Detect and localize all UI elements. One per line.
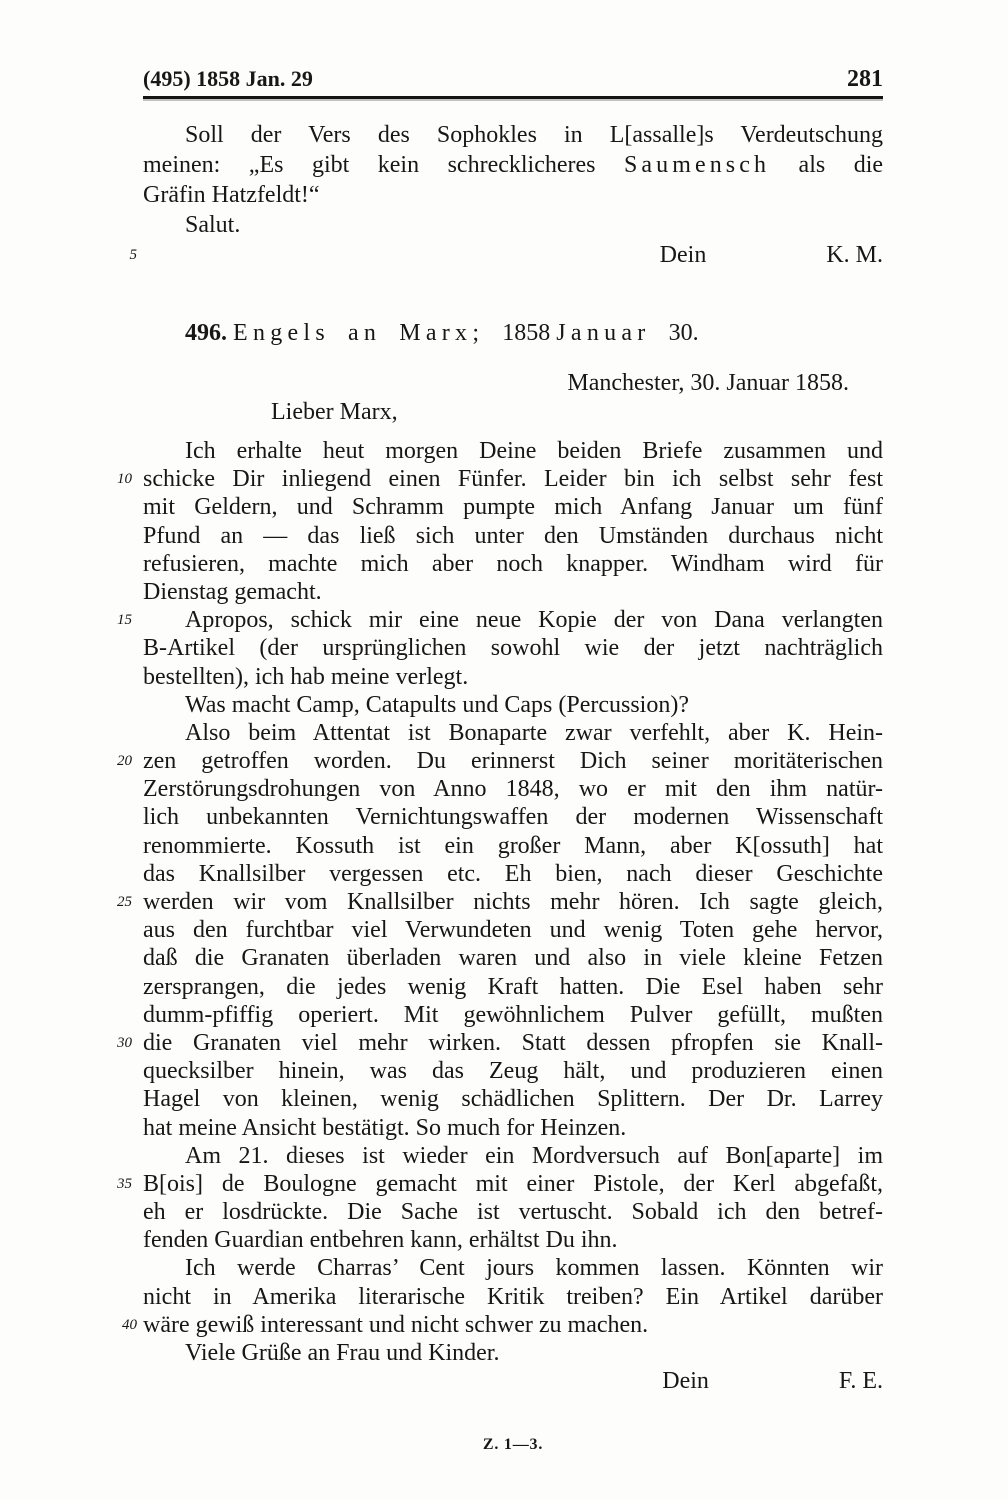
text-segment: 496. bbox=[185, 320, 233, 346]
text-line: daß die Granaten überladen waren und als… bbox=[143, 944, 883, 972]
text-line: zersprangen, die jedes wenig Kraft hatte… bbox=[143, 973, 883, 1001]
signature-line: DeinF. E. bbox=[143, 1367, 883, 1395]
text-line: hat meine Ansicht bestätigt. So much for… bbox=[143, 1114, 883, 1142]
margin-line-number: 30 bbox=[117, 1029, 137, 1057]
text-segment: schicke Dir inliegend einen Fünfer. Leid… bbox=[143, 466, 883, 492]
text-segment: Am 21. dieses ist wieder ein Mordversuch… bbox=[185, 1143, 883, 1169]
text-segment: Dienstag gemacht. bbox=[143, 579, 322, 605]
text-line: fenden Guardian entbehren kann, erhältst… bbox=[143, 1226, 883, 1254]
text-segment: als die bbox=[770, 152, 883, 178]
text-segment: hat meine Ansicht bestätigt. So much for… bbox=[143, 1115, 626, 1141]
text-segment: Lieber Marx, bbox=[271, 399, 398, 425]
footnote-reference: Z. 1—3. bbox=[143, 1436, 883, 1454]
text-line: nicht in Amerika literarische Kritik tre… bbox=[143, 1283, 883, 1311]
text-line: aus den furchtbar viel Verwundeten und w… bbox=[143, 916, 883, 944]
text-line: eh er losdrückte. Die Sache ist vertusch… bbox=[143, 1198, 883, 1226]
text-segment: quecksilber hinein, was das Zeug hält, u… bbox=[143, 1058, 883, 1084]
text-segment: bestellten), ich hab meine verlegt. bbox=[143, 664, 468, 690]
text-segment: B-Artikel (der ursprünglichen sowohl wie… bbox=[143, 635, 883, 661]
text-line: 40wäre gewiß interessant und nicht schwe… bbox=[143, 1311, 883, 1339]
text-column: (495) 1858 Jan. 29 281 Soll der Vers des… bbox=[143, 66, 883, 1454]
text-segment: das Knallsilber vergessen etc. Eh bien, … bbox=[143, 861, 883, 887]
text-segment: Soll der Vers des Sophokles in L[assalle… bbox=[185, 122, 883, 148]
text-line: Ich werde Charras’ Cent jours kommen las… bbox=[143, 1254, 883, 1282]
text-line: das Knallsilber vergessen etc. Eh bien, … bbox=[143, 860, 883, 888]
text-segment: aus den furchtbar viel Verwundeten und w… bbox=[143, 917, 883, 943]
header-rule bbox=[143, 96, 883, 99]
dateline: Manchester, 30. Januar 1858. bbox=[143, 369, 883, 398]
page-header: (495) 1858 Jan. 29 281 bbox=[143, 66, 883, 92]
text-segment: zen getroffen worden. Du erinnerst Dich … bbox=[143, 748, 883, 774]
text-segment: mit Geldern, und Schramm pumpte mich Anf… bbox=[143, 494, 883, 520]
text-line: Also beim Attentat ist Bonaparte zwar ve… bbox=[143, 719, 883, 747]
book-page: (495) 1858 Jan. 29 281 Soll der Vers des… bbox=[0, 0, 1008, 1500]
page-number: 281 bbox=[847, 66, 883, 92]
text-segment: meinen: „Es gibt kein schrecklicheres bbox=[143, 152, 624, 178]
margin-line-number: 25 bbox=[117, 888, 137, 916]
text-line: Zerstörungsdrohungen von Anno 1848, wo e… bbox=[143, 775, 883, 803]
text-line: Salut. bbox=[143, 210, 883, 240]
text-line: dumm-pfiffig operiert. Mit gewöhnlichem … bbox=[143, 1001, 883, 1029]
text-segment: werden wir vom Knallsilber nichts mehr h… bbox=[143, 889, 883, 915]
text-segment: fenden Guardian entbehren kann, erhältst… bbox=[143, 1227, 618, 1253]
section-heading: 496. Engels an Marx; 1858 Januar 30. bbox=[143, 318, 883, 348]
text-line: Soll der Vers des Sophokles in L[assalle… bbox=[143, 120, 883, 150]
text-line: 35B[ois] de Boulogne gemacht mit einer P… bbox=[143, 1170, 883, 1198]
text-segment: K. M. bbox=[826, 242, 883, 268]
text-line: 20zen getroffen worden. Du erinnerst Dic… bbox=[143, 747, 883, 775]
text-segment: Engels an Marx; bbox=[233, 320, 502, 346]
text-segment: Januar bbox=[556, 320, 668, 346]
text-segment: renommierte. Kossuth ist ein großer Mann… bbox=[143, 833, 883, 859]
text-segment: Viele Grüße an Frau und Kinder. bbox=[185, 1340, 499, 1366]
text-line: Pfund an — das ließ sich unter den Umstä… bbox=[143, 522, 883, 550]
text-segment: Gräfin Hatzfeldt!“ bbox=[143, 182, 320, 208]
text-segment: Apropos, schick mir eine neue Kopie der … bbox=[185, 607, 883, 633]
text-line: refusieren, machte mich aber noch knappe… bbox=[143, 550, 883, 578]
text-segment: nicht in Amerika literarische Kritik tre… bbox=[143, 1284, 883, 1310]
text-segment: F. E. bbox=[839, 1368, 883, 1394]
text-line: B-Artikel (der ursprünglichen sowohl wie… bbox=[143, 634, 883, 662]
text-line: Viele Grüße an Frau und Kinder. bbox=[143, 1339, 883, 1367]
text-line: Hagel von kleinen, wenig schädlichen Spl… bbox=[143, 1085, 883, 1113]
text-line: renommierte. Kossuth ist ein großer Mann… bbox=[143, 832, 883, 860]
margin-line-number: 5 bbox=[117, 240, 137, 270]
running-title: (495) 1858 Jan. 29 bbox=[143, 66, 313, 92]
text-line: bestellten), ich hab meine verlegt. bbox=[143, 663, 883, 691]
text-segment: Dein bbox=[660, 242, 707, 268]
text-segment: eh er losdrückte. Die Sache ist vertusch… bbox=[143, 1199, 883, 1225]
text-segment: daß die Granaten überladen waren und als… bbox=[143, 945, 883, 971]
text-segment: dumm-pfiffig operiert. Mit gewöhnlichem … bbox=[143, 1002, 883, 1028]
margin-line-number: 20 bbox=[117, 747, 137, 775]
text-line: 25werden wir vom Knallsilber nichts mehr… bbox=[143, 888, 883, 916]
text-segment: wäre gewiß interessant und nicht schwer … bbox=[143, 1312, 648, 1338]
section-body: Ich erhalte heut morgen Deine beiden Bri… bbox=[143, 437, 883, 1395]
margin-line-number: 35 bbox=[117, 1170, 137, 1198]
margin-line-number: 10 bbox=[117, 465, 137, 493]
text-line: Dienstag gemacht. bbox=[143, 578, 883, 606]
text-segment: Saumensch bbox=[624, 152, 770, 178]
text-segment: die Granaten viel mehr wirken. Statt des… bbox=[143, 1030, 883, 1056]
signature-line: 5DeinK. M. bbox=[143, 240, 883, 270]
text-segment: 1858 bbox=[502, 320, 556, 346]
text-segment: Hagel von kleinen, wenig schädlichen Spl… bbox=[143, 1086, 883, 1112]
section-letter-495-end: Soll der Vers des Sophokles in L[assalle… bbox=[143, 120, 883, 270]
text-line: Was macht Camp, Catapults und Caps (Perc… bbox=[143, 691, 883, 719]
text-line: Gräfin Hatzfeldt!“ bbox=[143, 180, 883, 210]
text-line: Ich erhalte heut morgen Deine beiden Bri… bbox=[143, 437, 883, 465]
text-line: Am 21. dieses ist wieder ein Mordversuch… bbox=[143, 1142, 883, 1170]
margin-line-number: 40 bbox=[117, 1311, 137, 1339]
text-segment: Was macht Camp, Catapults und Caps (Perc… bbox=[185, 692, 689, 718]
text-segment: lich unbekannten Vernichtungswaffen der … bbox=[143, 804, 883, 830]
text-segment: B[ois] de Boulogne gemacht mit einer Pis… bbox=[143, 1171, 883, 1197]
text-line: 10schicke Dir inliegend einen Fünfer. Le… bbox=[143, 465, 883, 493]
text-line: 30die Granaten viel mehr wirken. Statt d… bbox=[143, 1029, 883, 1057]
text-segment: Manchester, 30. Januar 1858. bbox=[567, 370, 849, 396]
text-segment: Ich werde Charras’ Cent jours kommen las… bbox=[185, 1255, 883, 1281]
text-segment: Ich erhalte heut morgen Deine beiden Bri… bbox=[185, 438, 883, 464]
text-line: quecksilber hinein, was das Zeug hält, u… bbox=[143, 1057, 883, 1085]
letter-text: Soll der Vers des Sophokles in L[assalle… bbox=[143, 120, 883, 1395]
salutation: Lieber Marx, bbox=[143, 398, 883, 427]
text-segment: Zerstörungsdrohungen von Anno 1848, wo e… bbox=[143, 776, 883, 802]
letter-heading: 496. Engels an Marx; 1858 Januar 30. bbox=[143, 318, 883, 348]
text-line: lich unbekannten Vernichtungswaffen der … bbox=[143, 803, 883, 831]
section-opening: Manchester, 30. Januar 1858.Lieber Marx, bbox=[143, 369, 883, 427]
text-segment: Dein bbox=[662, 1368, 709, 1394]
text-segment: Salut. bbox=[185, 212, 240, 238]
margin-line-number: 15 bbox=[117, 606, 137, 634]
text-segment: Also beim Attentat ist Bonaparte zwar ve… bbox=[185, 720, 883, 746]
text-line: meinen: „Es gibt kein schrecklicheres Sa… bbox=[143, 150, 883, 180]
text-line: mit Geldern, und Schramm pumpte mich Anf… bbox=[143, 493, 883, 521]
text-line: 15Apropos, schick mir eine neue Kopie de… bbox=[143, 606, 883, 634]
text-segment: 30. bbox=[669, 320, 699, 346]
text-segment: Pfund an — das ließ sich unter den Umstä… bbox=[143, 523, 883, 549]
text-segment: refusieren, machte mich aber noch knappe… bbox=[143, 551, 883, 577]
text-segment: zersprangen, die jedes wenig Kraft hatte… bbox=[143, 974, 883, 1000]
